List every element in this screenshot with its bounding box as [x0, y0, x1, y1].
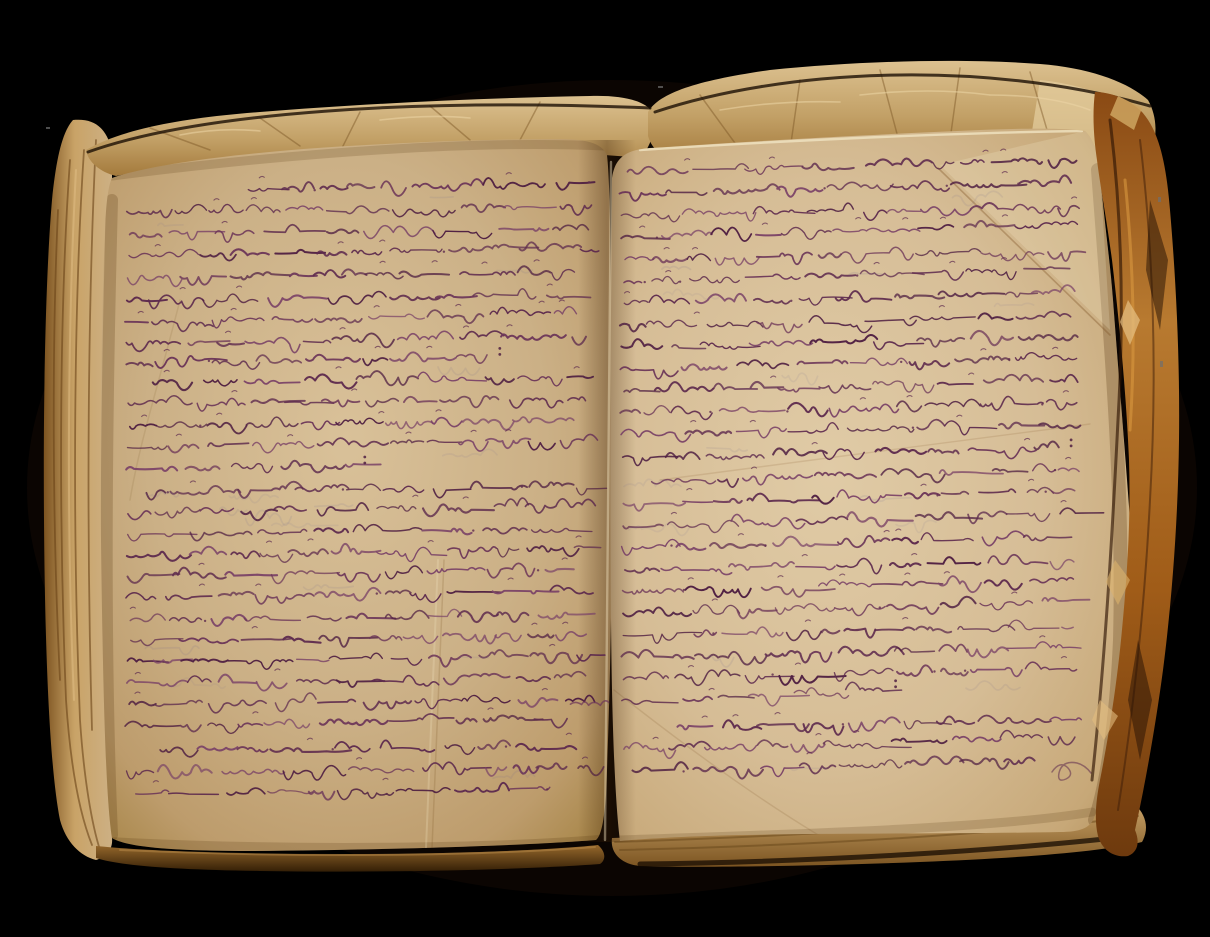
speck [46, 127, 50, 129]
ink-dot [856, 274, 858, 276]
ink-dot [332, 748, 334, 750]
ink-dot [208, 360, 210, 362]
ink-dot [894, 679, 897, 682]
speck [1158, 197, 1161, 202]
photo-open-manuscript: Photograph of an antique open notebook w… [0, 0, 1210, 937]
handwriting-stroke [756, 235, 781, 236]
ink-dot [682, 770, 684, 772]
ink-dot [786, 410, 788, 412]
ink-dot [199, 425, 201, 427]
ink-dot [376, 592, 378, 594]
ink-dot [879, 606, 881, 608]
ink-dot [443, 251, 445, 253]
ink-dot [1008, 358, 1010, 360]
ink-dot [946, 185, 948, 187]
ink-dot [709, 411, 711, 413]
ink-dot [894, 685, 897, 688]
ink-dot [656, 237, 658, 239]
ink-dot [764, 544, 766, 546]
ink-dot [964, 670, 966, 672]
ink-dot [498, 347, 501, 350]
handwriting-stroke [125, 322, 148, 323]
speck [1160, 361, 1163, 367]
ink-dot [900, 361, 902, 363]
speck [658, 86, 663, 88]
ink-dot [1054, 469, 1056, 471]
ink-dot [1070, 439, 1073, 442]
showthrough-stroke [459, 657, 488, 658]
ink-dot [936, 494, 938, 496]
ink-dot [1041, 403, 1043, 405]
ink-dot [1045, 491, 1047, 493]
ink-dot [679, 281, 681, 283]
ink-dot [314, 189, 316, 191]
ink-dot [644, 281, 646, 283]
ink-dot [342, 488, 344, 490]
ink-dot [823, 187, 825, 189]
ink-dot [363, 462, 366, 465]
ink-dot [505, 745, 507, 747]
handwriting-stroke [683, 501, 713, 502]
ink-dot [204, 620, 206, 622]
ink-dot [1070, 445, 1073, 448]
ink-dot [472, 529, 474, 531]
ink-dot [537, 569, 539, 571]
book [44, 61, 1179, 872]
ink-dot [521, 486, 523, 488]
ink-dot [546, 788, 548, 790]
ink-dot [363, 456, 366, 459]
page-edge-shade [107, 200, 112, 835]
ink-dot [933, 670, 935, 672]
ink-dot [670, 544, 672, 546]
ink-dot [588, 181, 590, 183]
ink-dot [912, 427, 914, 429]
ink-dot [771, 673, 773, 675]
ink-dot [790, 300, 792, 302]
ink-dot [712, 632, 714, 634]
ink-dot [842, 723, 844, 725]
ink-dot [498, 353, 501, 356]
showthrough-stroke [430, 197, 453, 198]
